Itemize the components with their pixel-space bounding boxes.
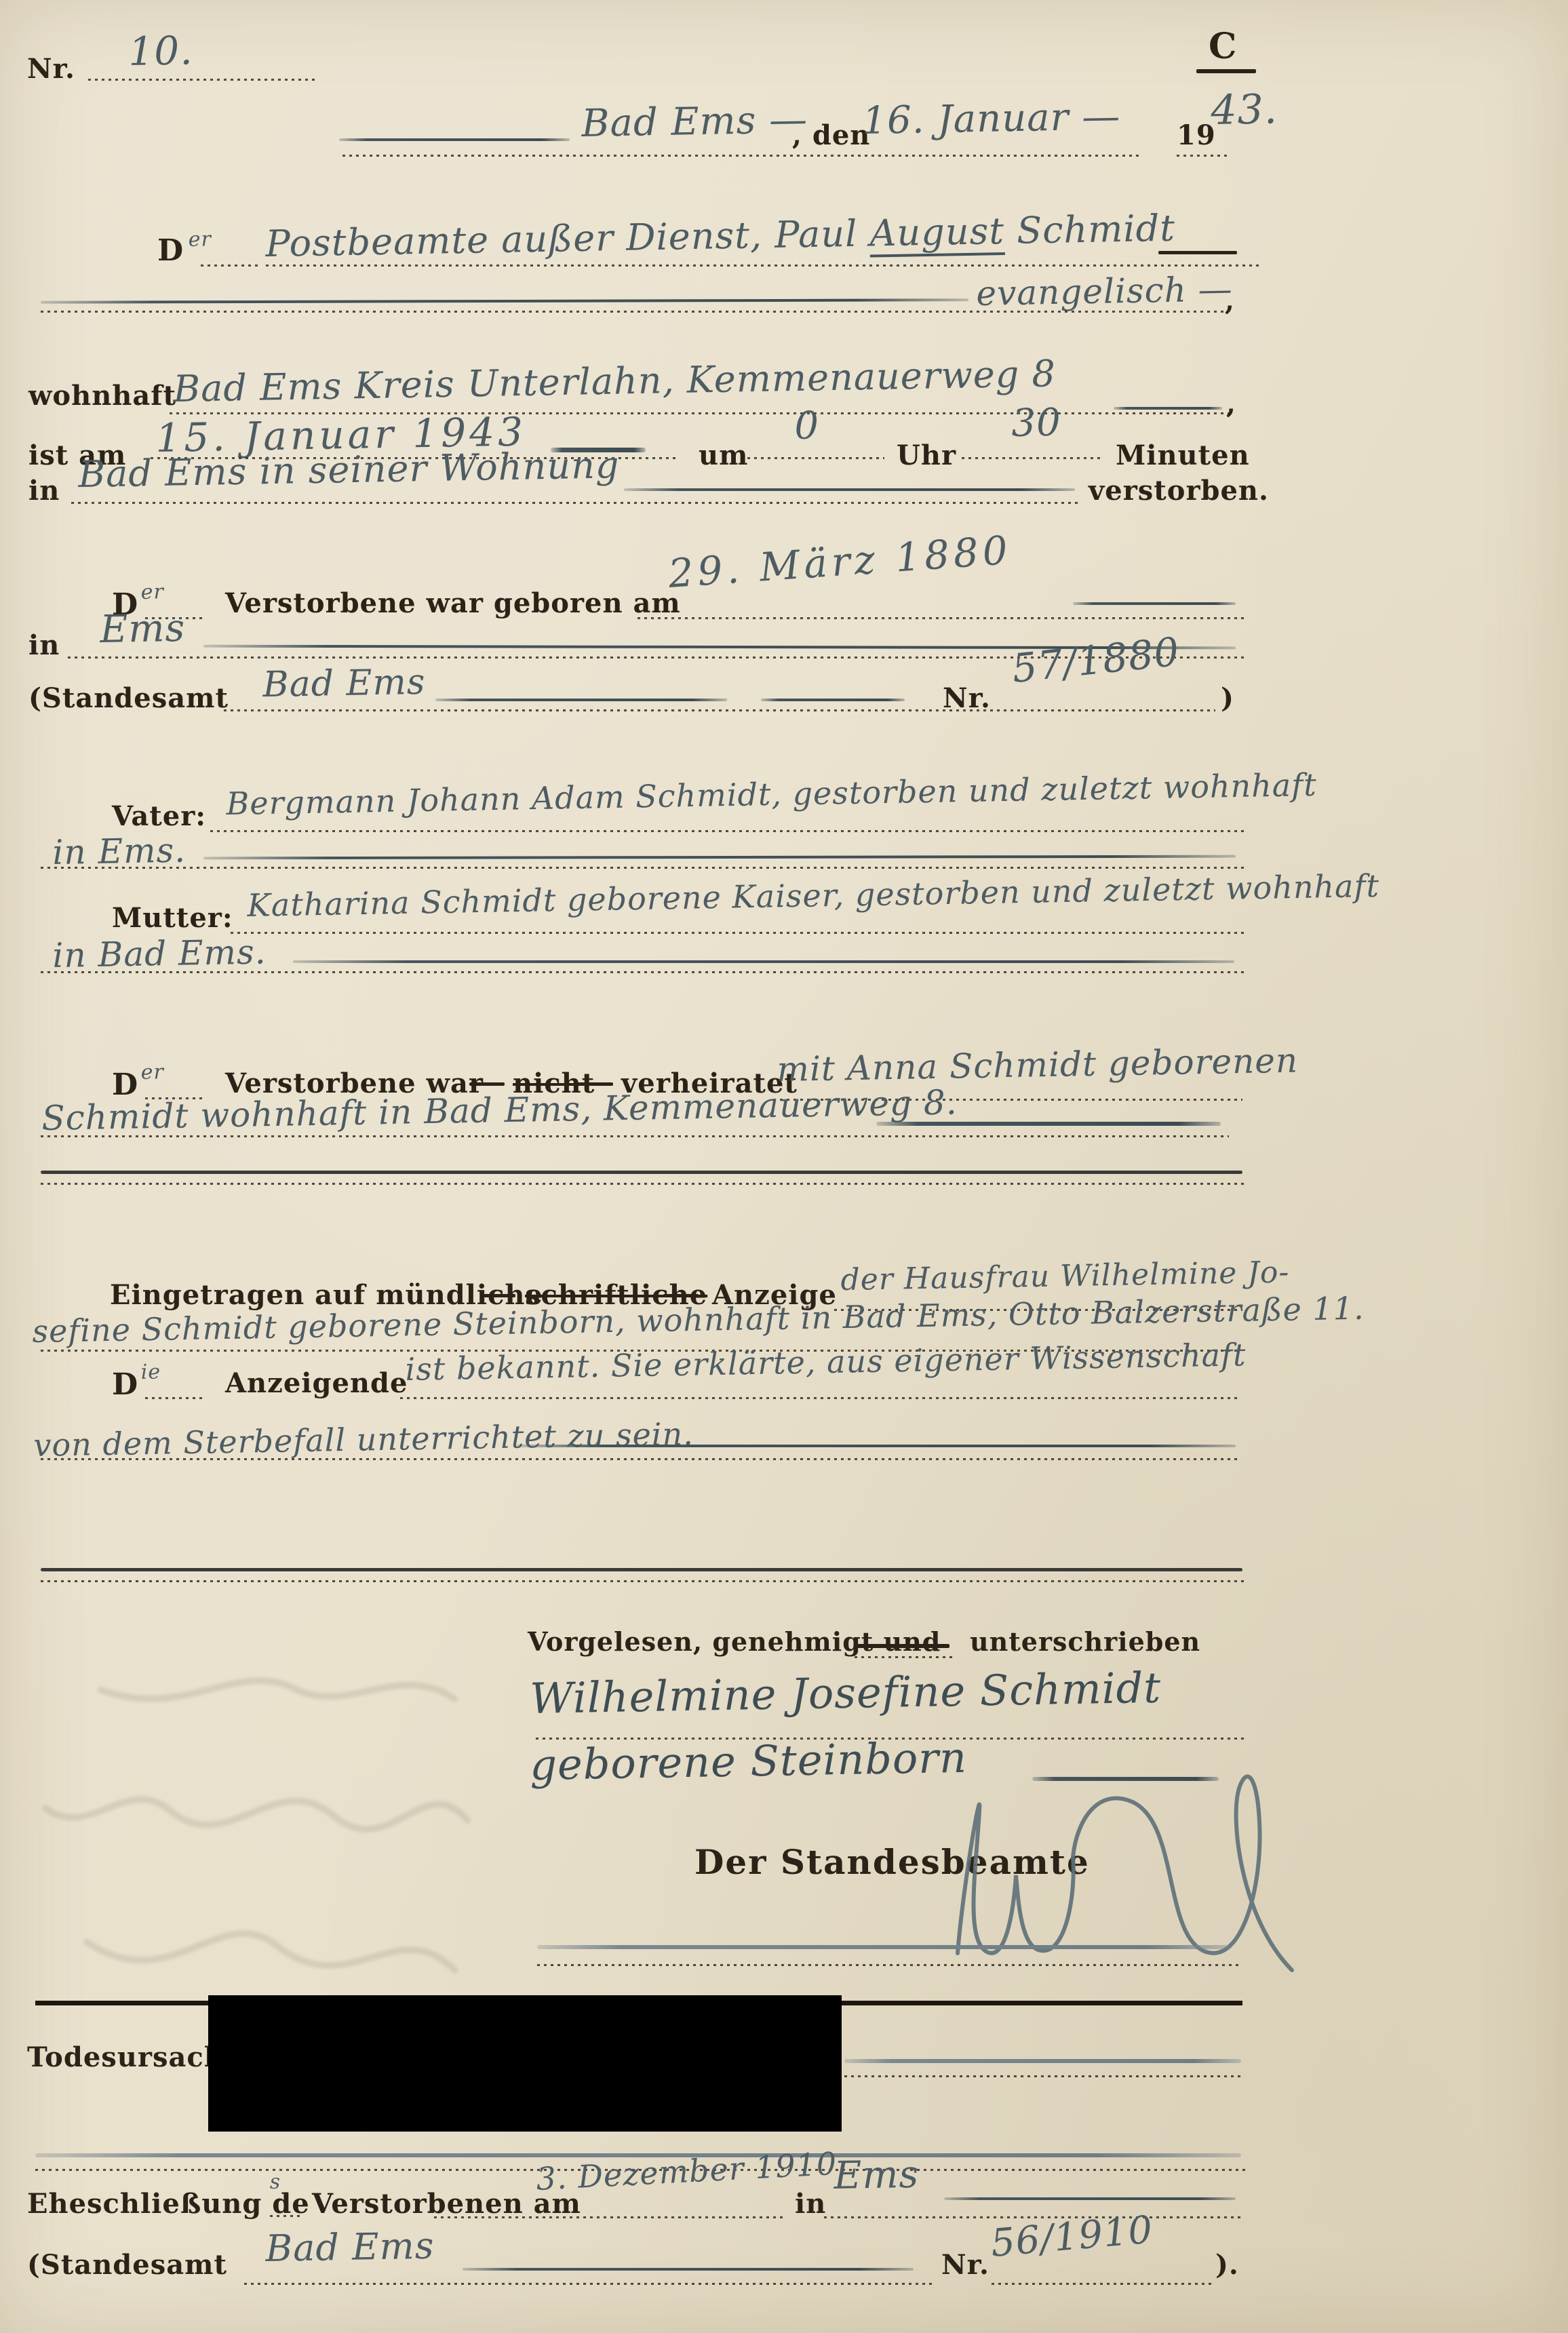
year-handwritten: 43. <box>1211 85 1278 134</box>
registry-place-handwritten: Bad Ems <box>262 662 426 705</box>
pen-line <box>203 855 1236 860</box>
dotted-line <box>270 2215 302 2217</box>
mother-residence-handwritten: in Bad Ems. <box>52 933 267 975</box>
dotted-line <box>231 932 1244 934</box>
place-handwritten: Bad Ems — <box>581 98 808 146</box>
anzeigende-label: Anzeigende <box>225 1367 408 1399</box>
marriage-suffix-handwritten: s <box>269 2170 281 2194</box>
printed-dash <box>855 1644 949 1648</box>
unterschrieben-label: unterschrieben <box>970 1626 1200 1657</box>
registry-close: ). <box>1215 2249 1239 2281</box>
death-certificate-page: Nr. 10. C Bad Ems — , den 16. Januar — 1… <box>0 0 1568 2333</box>
pen-line <box>293 960 1234 963</box>
uhr-label: Uhr <box>897 439 956 471</box>
pen-line <box>41 1171 1242 1174</box>
article-d-printed: D <box>112 1367 138 1402</box>
dotted-line <box>741 457 884 459</box>
dotted-line <box>1177 155 1231 157</box>
pen-line <box>761 699 905 701</box>
pen-line <box>876 1122 1221 1126</box>
dotted-line <box>210 830 1244 832</box>
pen-line <box>463 2268 914 2271</box>
um-label: um <box>699 439 748 471</box>
dotted-line <box>537 1964 1241 1966</box>
dotted-line <box>41 867 1244 869</box>
pen-line <box>537 1945 1232 1949</box>
birth-place-handwritten: Ems <box>100 606 186 652</box>
article-suffix-handwritten: er <box>140 580 164 604</box>
dotted-line <box>41 1183 1248 1185</box>
death-hour-handwritten: 0 <box>794 404 820 448</box>
in-label: in <box>28 475 60 507</box>
dotted-line <box>41 1580 1248 1582</box>
pen-line <box>41 1568 1242 1571</box>
record-number-label: Nr. <box>27 53 75 85</box>
father-label: Vater: <box>112 800 206 832</box>
born-on-label: Verstorbene war geboren am <box>225 587 681 619</box>
in-label: in <box>795 2188 826 2220</box>
religion-handwritten: evangelisch — <box>976 269 1233 313</box>
dotted-line <box>41 1135 1229 1137</box>
mother-value-handwritten: Katharina Schmidt geborene Kaiser, gesto… <box>247 867 1379 924</box>
dotted-line <box>224 709 1215 711</box>
residence-label: wohnhaft <box>28 380 176 412</box>
printed-dash <box>578 1082 613 1086</box>
dotted-line <box>244 2283 936 2285</box>
dotted-line <box>145 1397 203 1399</box>
informant-signature-line1: Wilhelmine Josefine Schmidt <box>530 1663 1162 1723</box>
date-handwritten: 16. Januar — <box>862 94 1121 143</box>
informant-statement1-handwritten: ist bekannt. Sie erklärte, aus eigener W… <box>405 1336 1247 1388</box>
registry-open-label: (Standesamt <box>28 682 229 714</box>
printed-dash <box>480 1294 515 1297</box>
read-approved-label: Vorgelesen, genehmigt und <box>528 1626 941 1657</box>
informant-statement2-handwritten: von dem Sterbefall unterrichtet zu sein. <box>33 1415 694 1464</box>
dotted-line <box>992 2283 1213 2285</box>
pen-line <box>339 138 570 141</box>
minuten-label: Minuten <box>1116 439 1250 471</box>
printed-dash <box>663 1294 699 1297</box>
dotted-line <box>41 971 1244 973</box>
article-d-printed: D <box>157 233 184 268</box>
residence-value-handwritten: Bad Ems Kreis Unterlahn, Kemmenauerweg 8 <box>173 352 1056 410</box>
dotted-line <box>434 2216 787 2218</box>
article-suffix-handwritten: er <box>140 1060 164 1084</box>
dotted-line <box>844 2075 1242 2077</box>
pen-line <box>624 488 1075 491</box>
dotted-line <box>266 264 1260 267</box>
occupation-and-name-handwritten: Postbeamte außer Dienst, Paul August Sch… <box>265 207 1176 265</box>
dotted-line <box>41 311 1229 313</box>
dotted-line <box>962 457 1104 459</box>
corner-letter: C <box>1209 26 1237 67</box>
pen-line <box>517 1445 1236 1447</box>
pen-line <box>435 699 727 701</box>
dotted-line <box>855 1656 956 1658</box>
death-place-handwritten: Bad Ems in seiner Wohnung <box>78 444 620 496</box>
informant-name-handwritten: der Hausfrau Wilhelmine Jo- <box>840 1255 1290 1297</box>
birth-date-handwritten: 29. März 1880 <box>667 527 1013 597</box>
record-number-value: 10. <box>128 27 193 75</box>
dotted-line <box>41 1458 1237 1460</box>
dotted-line <box>88 79 316 81</box>
spouse-residence-handwritten: Schmidt wohnhaft in Bad Ems, Kemmenauerw… <box>41 1082 958 1138</box>
dotted-line <box>342 155 1143 157</box>
death-minute-handwritten: 30 <box>1011 401 1061 446</box>
informant-signature-line2: geborene Steinborn <box>530 1733 968 1790</box>
pen-line <box>1114 407 1222 410</box>
article-suffix-handwritten: er <box>188 227 212 252</box>
dotted-line <box>71 502 1082 504</box>
father-value-handwritten: Bergmann Johann Adam Schmidt, gestorben … <box>226 766 1317 822</box>
nr-label: Nr. <box>941 2249 989 2281</box>
mother-label: Mutter: <box>112 902 233 934</box>
printed-dash <box>1158 251 1237 254</box>
registry-open-label: (Standesamt <box>27 2249 227 2281</box>
pen-line <box>1073 602 1236 605</box>
marriage-place-handwritten: Ems <box>834 2153 920 2198</box>
dotted-line <box>201 264 258 267</box>
in-label: in <box>28 629 60 661</box>
ink-bleedthrough <box>16 1616 499 2060</box>
corner-letter-underline <box>1196 69 1256 73</box>
pen-line <box>41 298 968 304</box>
pen-line <box>944 2197 1236 2200</box>
den-label: , den <box>792 119 870 151</box>
printed-dash <box>469 1082 505 1086</box>
article-suffix-handwritten: ie <box>140 1360 161 1384</box>
registry-close-paren: ) <box>1221 682 1234 714</box>
printed-comma: , <box>1226 388 1236 420</box>
year-printed: 19 <box>1177 119 1216 151</box>
dotted-line <box>400 1397 1238 1399</box>
registrar-signature <box>922 1736 1329 2001</box>
marriage-label: Eheschließung de <box>27 2188 310 2220</box>
underlined-august: August <box>869 210 1005 257</box>
spouse-handwritten: mit Anna Schmidt geborenen <box>777 1041 1299 1089</box>
dotted-line <box>638 617 1244 619</box>
verstorben-label: verstorben. <box>1089 475 1269 507</box>
marriage-registry-place-handwritten: Bad Ems <box>265 2224 435 2270</box>
registry-number-handwritten: 57/1880 <box>1010 628 1182 692</box>
pen-line <box>844 2059 1241 2063</box>
father-residence-handwritten: in Ems. <box>52 831 187 872</box>
